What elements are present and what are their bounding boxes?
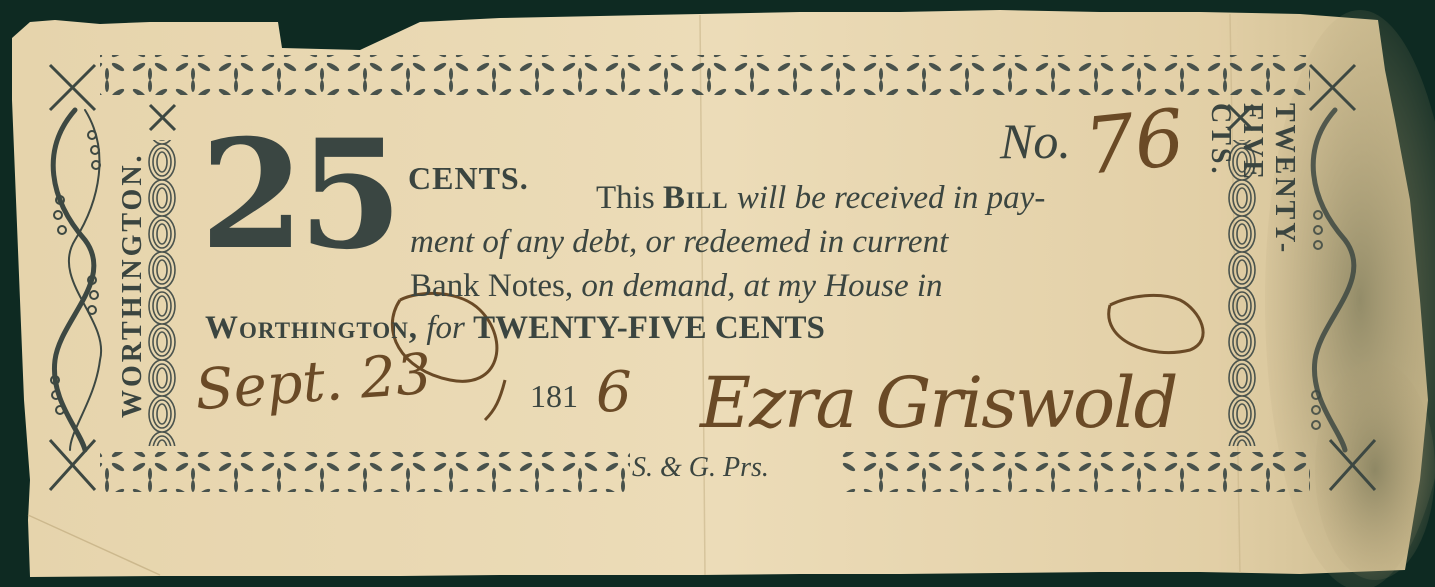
denomination-numeral: 25 (200, 120, 397, 270)
serial-number: 76 (1081, 93, 1189, 193)
left-vertical-text: WORTHINGTON. (117, 152, 149, 418)
body-text: Bank Notes, (410, 268, 581, 304)
signature: Ezra Griswold (700, 362, 1176, 444)
printer-mark: S. & G. Prs. (632, 452, 769, 484)
body-text-italic: ment of any debt, or redeemed in current (410, 224, 948, 260)
body-text-italic: for (418, 310, 473, 346)
right-vertical-text: TWENTY-FIVE CTS. (1204, 103, 1300, 255)
bottom-star-border (100, 452, 630, 492)
body-line-2: ment of any debt, or redeemed in current (410, 224, 948, 261)
left-braid-border (148, 140, 184, 446)
printed-year: 181 (530, 378, 578, 415)
body-text: This (596, 180, 663, 216)
body-line-1: This Bill will be received in pay- (596, 180, 1045, 217)
handwritten-year-digit: 6 (596, 360, 632, 425)
body-text-smallcaps: Bill (663, 180, 729, 216)
top-star-border (100, 55, 1310, 95)
denomination-word: CENTS. (408, 160, 529, 197)
body-text-italic: will be received in pay- (729, 180, 1046, 216)
body-text-italic: on demand, at my House in (581, 268, 942, 304)
body-text-bold: TWENTY-FIVE CENTS (473, 310, 825, 346)
body-line-4: Worthington, for TWENTY-FIVE CENTS (205, 310, 825, 347)
body-text-smallcaps: Worthington, (205, 310, 418, 346)
body-line-3: Bank Notes, on demand, at my House in (410, 268, 943, 305)
serial-label: No. (1000, 112, 1071, 170)
